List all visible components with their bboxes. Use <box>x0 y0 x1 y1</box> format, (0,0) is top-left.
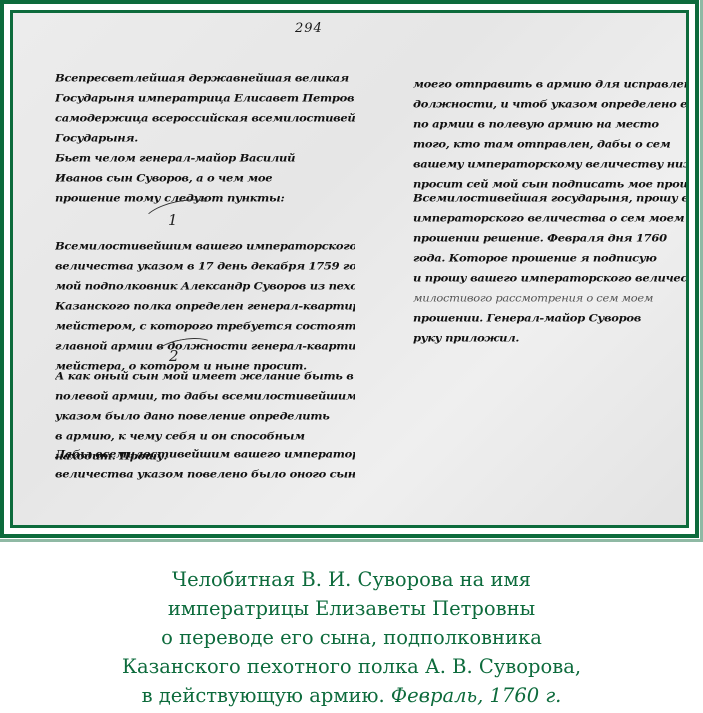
manuscript-line: Всемилостивейшим вашего императорского <box>55 240 355 254</box>
manuscript-line: милостивого рассмотрения о сем моем <box>413 292 689 306</box>
manuscript-left-block-1: Всепресветлейшая державнейшая великая Го… <box>55 71 355 151</box>
manuscript-line: А как оный сын мой имеет желание быть в <box>55 370 355 384</box>
caption-line: императрицы Елизаветы Петровны <box>0 594 703 623</box>
manuscript-line: Всемилостивейшая государыня, прошу вашег… <box>413 192 689 206</box>
manuscript-line: по армии в полевую армию на место <box>413 118 689 132</box>
caption-text: в действующую армию. <box>142 684 385 707</box>
manuscript-line: того, кто там отправлен, дабы о сем <box>413 138 689 152</box>
manuscript-signature: руку приложил. <box>413 332 689 346</box>
image-caption: Челобитная В. И. Суворова на имя императ… <box>0 565 703 710</box>
manuscript-line: императорского величества о сем моем <box>413 212 689 226</box>
manuscript-line: Дабы всемилостивейшим вашего императорск… <box>55 448 355 462</box>
image-frame: 294 Всепресветлейшая державнейшая велика… <box>0 0 699 538</box>
manuscript-line: величества указом повелено было оного сы… <box>55 468 355 482</box>
manuscript-line: просит сей мой сын подписать мое прошени… <box>413 178 689 192</box>
manuscript-line: самодержица всероссийская всемилостивейш… <box>55 112 355 126</box>
manuscript-left-block-5: Дабы всемилостивейшим вашего императорск… <box>55 447 355 487</box>
manuscript-line: Казанского полка определен генерал-кварт… <box>55 300 355 314</box>
manuscript-line: прошении. Генерал-майор Суворов <box>413 312 689 326</box>
manuscript-right-block-1: моего отправить в армию для исправления … <box>413 77 689 197</box>
manuscript-line: года. Которое прошение я подписую <box>413 252 689 266</box>
caption-line: о переводе его сына, подполковника <box>0 623 703 652</box>
caption-line: Казанского пехотного полка А. В. Суворов… <box>0 652 703 681</box>
caption-line-last: в действующую армию. Февраль, 1760 г. <box>0 681 703 710</box>
manuscript-line: Государыня императрица Елисавет Петровна <box>55 92 355 106</box>
section-number-1: 1 <box>168 211 178 229</box>
caption-line: Челобитная В. И. Суворова на имя <box>0 565 703 594</box>
section-number-2: 2 <box>169 347 179 365</box>
manuscript-line: и прошу вашего императорского величества <box>413 272 689 286</box>
manuscript-line: прошении решение. Февраля дня 1760 <box>413 232 689 246</box>
manuscript-line: Иванов сын Суворов, а о чем мое <box>55 172 345 186</box>
manuscript-line: полевой армии, то дабы всемилостивейшим <box>55 390 355 404</box>
manuscript-line: вашему императорскому величеству нижайше <box>413 158 689 172</box>
manuscript-right-block-2: Всемилостивейшая государыня, прошу вашег… <box>413 191 689 351</box>
manuscript-scan: 294 Всепресветлейшая державнейшая велика… <box>10 10 689 528</box>
manuscript-line: в армию, к чему себя и он способным <box>55 430 355 444</box>
manuscript-line: должности, и чтоб указом определено его <box>413 98 689 112</box>
manuscript-left-block-3: Всемилостивейшим вашего императорского в… <box>55 239 355 379</box>
manuscript-line: моего отправить в армию для исправления <box>413 78 689 92</box>
manuscript-line: Бьет челом генерал-майор Василий <box>55 152 345 166</box>
manuscript-line: мейстером, с которого требуется состоять… <box>55 320 355 334</box>
page-number: 294 <box>295 21 323 36</box>
manuscript-line: указом было дано повеление определить <box>55 410 355 424</box>
manuscript-line: Государыня. <box>55 132 355 146</box>
manuscript-line: Всепресветлейшая державнейшая великая <box>55 72 355 86</box>
manuscript-line: мой подполковник Александр Суворов из пе… <box>55 280 355 294</box>
caption-date: Февраль, 1760 г. <box>391 684 562 707</box>
manuscript-line: величества указом в 17 день декабря 1759… <box>55 260 355 274</box>
